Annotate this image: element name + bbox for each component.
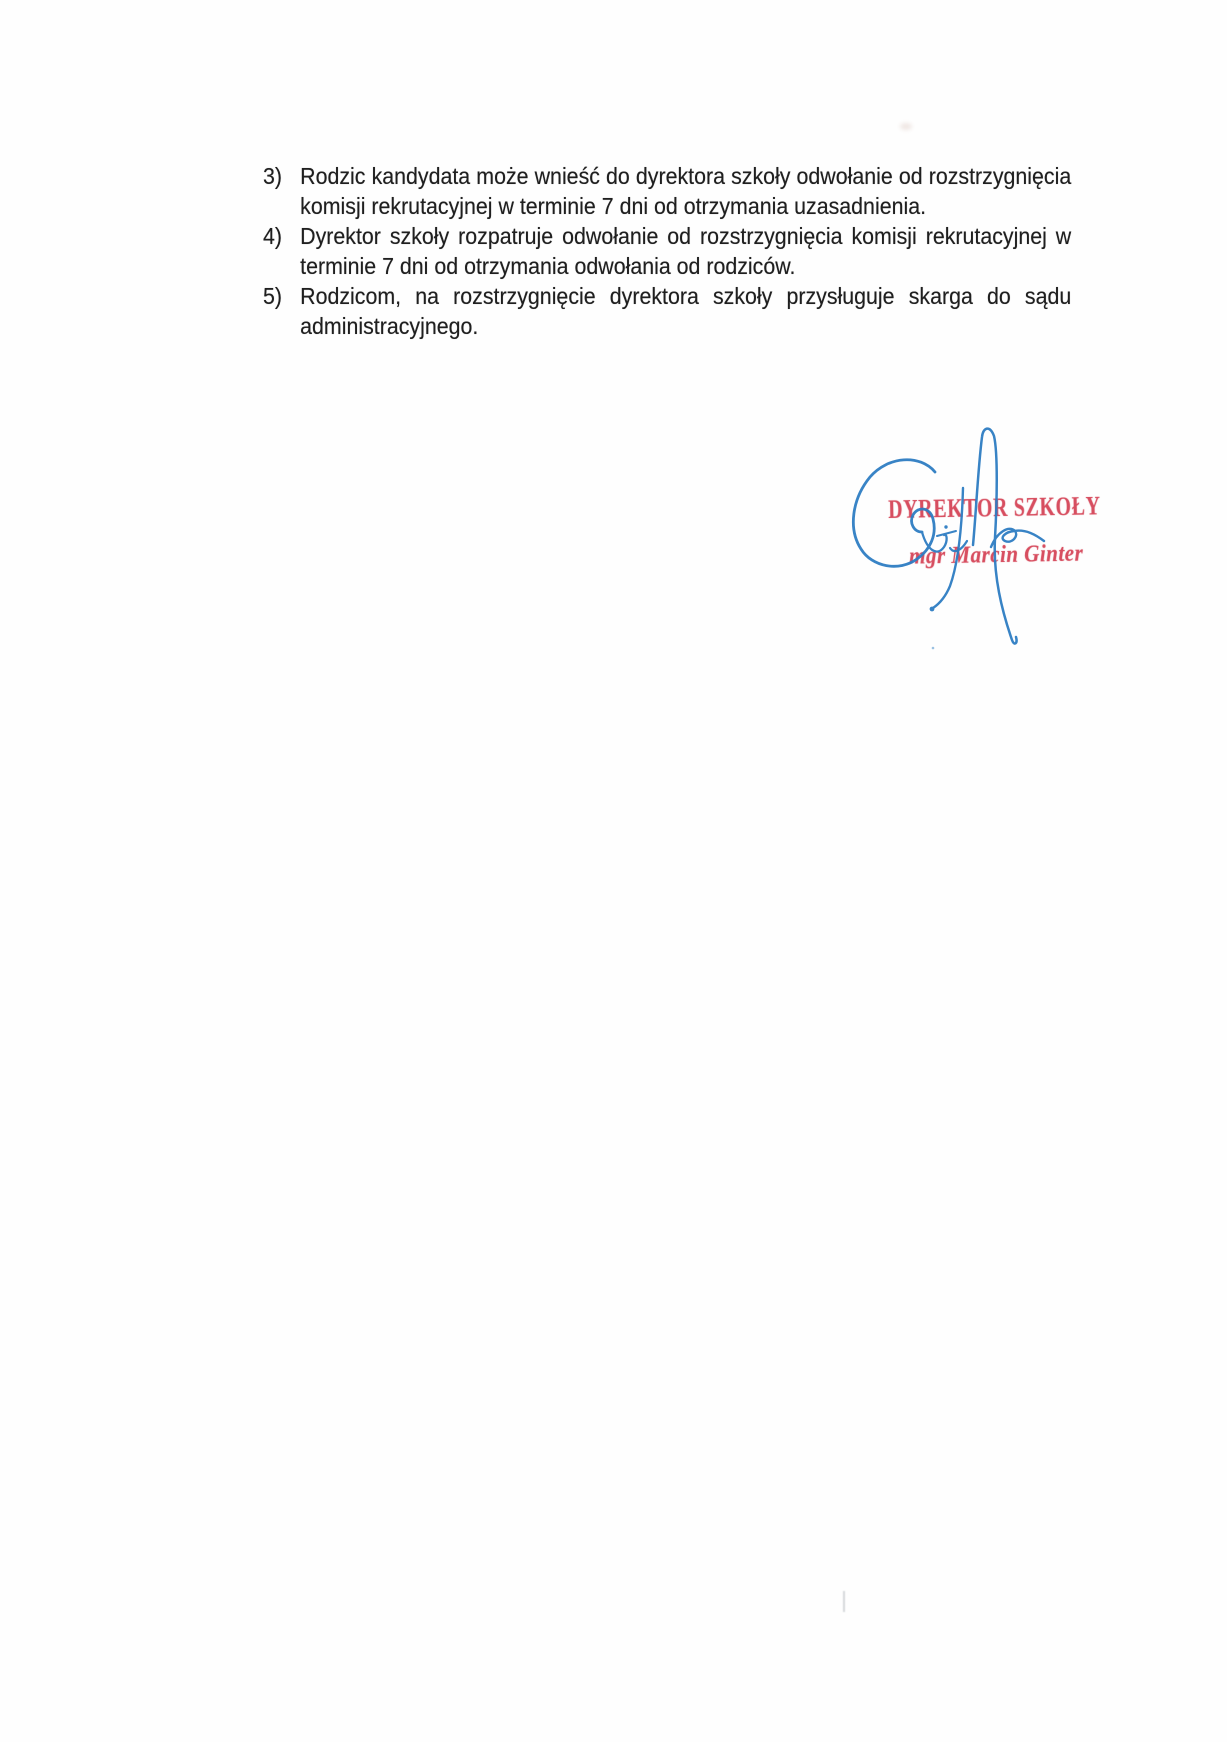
list-item-line: administracyjnego.	[300, 311, 1071, 341]
list-item-line: Rodzic kandydata może wnieść do dyrektor…	[300, 161, 1071, 191]
document-page: 3) Rodzic kandydata może wnieść do dyrek…	[0, 0, 1227, 1742]
list-item-text: Dyrektor szkoły rozpatruje odwołanie od …	[300, 221, 1071, 281]
numbered-list: 3) Rodzic kandydata może wnieść do dyrek…	[263, 161, 1071, 341]
list-item-line: Dyrektor szkoły rozpatruje odwołanie od …	[300, 221, 1071, 251]
list-item: 4) Dyrektor szkoły rozpatruje odwołanie …	[263, 221, 1071, 281]
scan-mark	[843, 1591, 845, 1612]
list-item-line: terminie 7 dni od otrzymania odwołania o…	[300, 251, 1071, 281]
list-item-text: Rodzic kandydata może wnieść do dyrektor…	[300, 161, 1071, 221]
list-item-line: Rodzicom, na rozstrzygnięcie dyrektora s…	[300, 281, 1071, 311]
list-item-number: 5)	[263, 281, 300, 341]
list-item-text: Rodzicom, na rozstrzygnięcie dyrektora s…	[300, 281, 1071, 341]
list-item: 3) Rodzic kandydata może wnieść do dyrek…	[263, 161, 1071, 221]
list-item-number: 3)	[263, 161, 300, 221]
scan-smudge	[900, 123, 912, 130]
list-item: 5) Rodzicom, na rozstrzygnięcie dyrektor…	[263, 281, 1071, 341]
signature-ink	[840, 420, 1050, 660]
list-item-number: 4)	[263, 221, 300, 281]
list-item-line: komisji rekrutacyjnej w terminie 7 dni o…	[300, 191, 1071, 221]
